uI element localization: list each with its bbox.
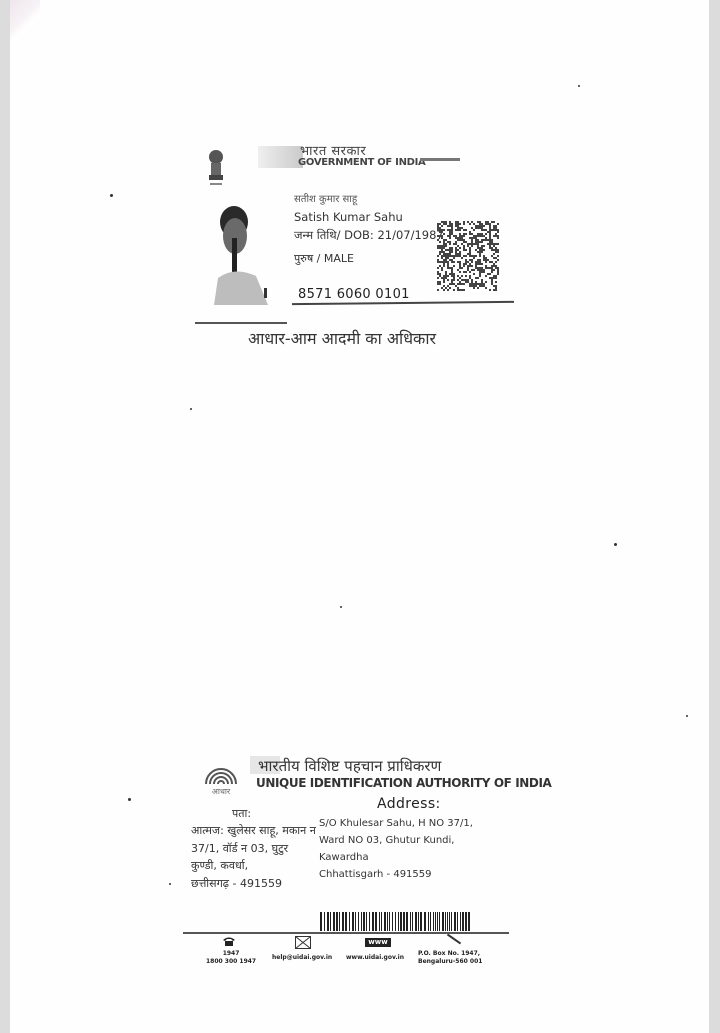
scan-speck (190, 408, 192, 410)
scan-speck (169, 883, 171, 885)
header-stripe (420, 158, 460, 161)
svg-text:आधार: आधार (212, 787, 231, 796)
holder-name-hindi: सतीश कुमार साहू (294, 191, 357, 205)
barcode (320, 912, 474, 931)
address-english-line: Chhattisgarh - 491559 (319, 866, 473, 883)
address-label-english: Address: (377, 796, 441, 812)
divider (195, 322, 287, 324)
scan-speck (110, 194, 113, 197)
header-smudge (258, 146, 303, 168)
po-city: Bengaluru-560 001 (418, 958, 482, 966)
mail-icon (295, 936, 311, 949)
scan-speck (128, 798, 131, 801)
scan-speck (578, 85, 580, 87)
www-icon: www (365, 938, 391, 947)
qr-code (437, 221, 499, 291)
helpline-short: 1947 (206, 950, 256, 958)
website: www.uidai.gov.in (346, 954, 404, 961)
aadhaar-number: 8571 6060 0101 (298, 287, 410, 302)
scan-speck (614, 543, 617, 546)
address-hindi-line: छत्तीसगढ़ - 491559 (191, 875, 316, 893)
authority-english: UNIQUE IDENTIFICATION AUTHORITY OF INDIA (256, 776, 551, 790)
holder-photo (206, 200, 276, 305)
postal-address: P.O. Box No. 1947, Bengaluru-560 001 (418, 950, 482, 966)
help-email: help@uidai.gov.in (272, 954, 332, 961)
divider (183, 932, 509, 934)
aadhaar-logo-icon: आधार (200, 760, 242, 796)
address-english-line: Kawardha (319, 849, 473, 866)
gender: पुरुष / MALE (294, 251, 354, 266)
date-of-birth: जन्म तिथि/ DOB: 21/07/1987 (294, 228, 444, 243)
phone-icon (222, 936, 236, 946)
address-english-line: S/O Khulesar Sahu, H NO 37/1, (319, 815, 473, 832)
address-hindi: आत्मज: खुलेसर साहू, मकान न 37/1, वॉर्ड न… (191, 822, 316, 892)
scan-speck (686, 715, 688, 717)
page-corner-smudge (10, 0, 40, 40)
address-label-hindi: पता: (232, 806, 251, 821)
address-english: S/O Khulesar Sahu, H NO 37/1, Ward NO 03… (319, 815, 473, 883)
issuer-english: GOVERNMENT OF INDIA (298, 157, 426, 168)
slogan: आधार-आम आदमी का अधिकार (248, 327, 436, 349)
address-hindi-line: 37/1, वॉर्ड न 03, घुटुर (191, 840, 316, 858)
dob-label: जन्म तिथि/ DOB: (294, 228, 374, 242)
address-hindi-line: कुण्डी, कवर्धा, (191, 857, 316, 875)
address-english-line: Ward NO 03, Ghutur Kundi, (319, 832, 473, 849)
helpline: 1947 1800 300 1947 (206, 950, 256, 966)
authority-hindi: भारतीय विशिष्ट पहचान प्राधिकरण (258, 756, 441, 776)
po-box: P.O. Box No. 1947, (418, 950, 482, 958)
scan-speck (340, 606, 342, 608)
helpline-toll-free: 1800 300 1947 (206, 958, 256, 966)
dob-value: 21/07/1987 (377, 228, 443, 242)
address-hindi-line: आत्मज: खुलेसर साहू, मकान न (191, 822, 316, 840)
holder-name-english: Satish Kumar Sahu (294, 210, 403, 224)
national-emblem-icon (206, 148, 226, 188)
